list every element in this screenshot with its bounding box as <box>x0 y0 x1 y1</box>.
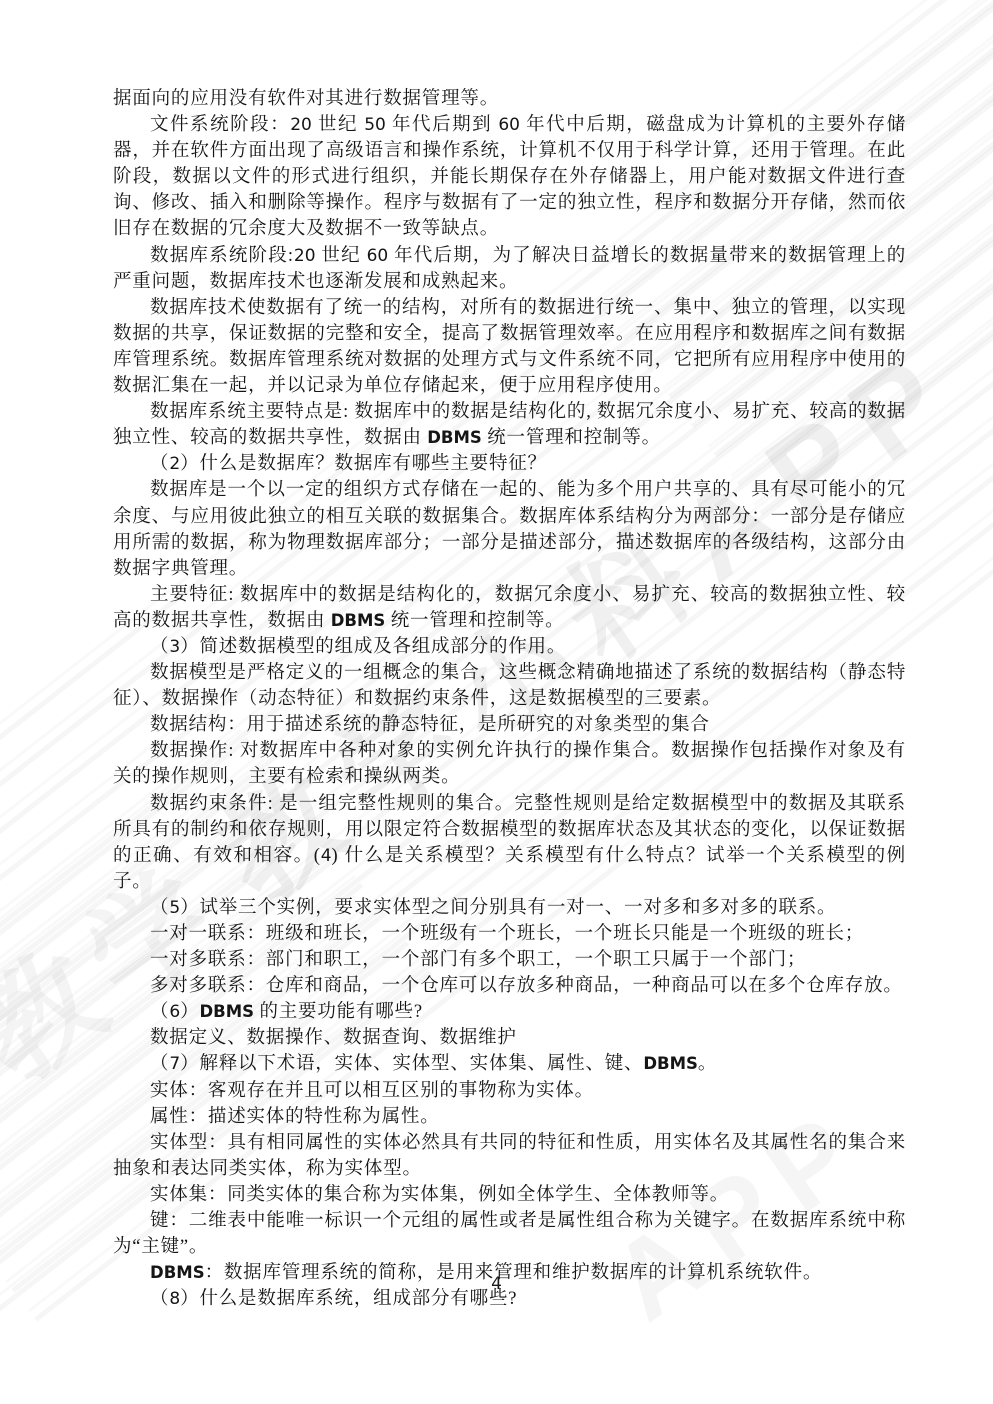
paragraph: 数据模型是严格定义的一组概念的集合，这些概念精确地描述了系统的数据结构（静态特征… <box>113 660 906 712</box>
paragraph: 数据约束条件: 是一组完整性规则的集合。完整性规则是给定数据模型中的数据及其联系… <box>113 791 906 895</box>
paragraph: 一对一联系：班级和班长，一个班级有一个班长，一个班长只能是一个班级的班长； <box>113 921 906 947</box>
paragraph: （5）试举三个实例，要求实体型之间分别具有一对一、一对多和多对多的联系。 <box>113 895 906 921</box>
paragraph: 数据定义、数据操作、数据查询、数据维护 <box>113 1025 906 1051</box>
paragraph: 键：二维表中能唯一标识一个元组的属性或者是属性组合称为关键字。在数据库系统中称为… <box>113 1208 906 1260</box>
paragraph: 一对多联系：部门和职工，一个部门有多个职工，一个职工只属于一个部门； <box>113 947 906 973</box>
paragraph: 实体集：同类实体的集合称为实体集，例如全体学生、全体教师等。 <box>113 1182 906 1208</box>
paragraph: （3）简述数据模型的组成及各组成部分的作用。 <box>113 634 906 660</box>
paragraph: 多对多联系：仓库和商品，一个仓库可以存放多种商品，一种商品可以在多个仓库存放。 <box>113 973 906 999</box>
paragraph: 实体：客观存在并且可以相互区别的事物称为实体。 <box>113 1078 906 1104</box>
paragraph: 数据操作: 对数据库中各种对象的实例允许执行的操作集合。数据操作包括操作对象及有… <box>113 738 906 790</box>
paragraph: （7）解释以下术语，实体、实体型、实体集、属性、键、DBMS。 <box>113 1051 906 1077</box>
paragraph: 据面向的应用没有软件对其进行数据管理等。 <box>113 86 906 112</box>
paragraph: （6）DBMS 的主要功能有哪些? <box>113 999 906 1025</box>
page-body: 据面向的应用没有软件对其进行数据管理等。文件系统阶段：20 世纪 50 年代后期… <box>113 86 906 1312</box>
paragraph: 实体型：具有相同属性的实体必然具有共同的特征和性质，用实体名及其属性名的集合来抽… <box>113 1130 906 1182</box>
paragraph: 主要特征: 数据库中的数据是结构化的，数据冗余度小、易扩充、较高的数据独立性、较… <box>113 582 906 634</box>
document-page: 教学小料APP 教学 APP 据面向的应用没有软件对其进行数据管理等。文件系统阶… <box>0 0 993 1404</box>
paragraph: 文件系统阶段：20 世纪 50 年代后期到 60 年代中后期，磁盘成为计算机的主… <box>113 112 906 242</box>
paragraph: 数据库是一个以一定的组织方式存储在一起的、能为多个用户共享的、具有尽可能小的冗余… <box>113 477 906 581</box>
paragraph: 数据库系统主要特点是: 数据库中的数据是结构化的, 数据冗余度小、易扩充、较高的… <box>113 399 906 451</box>
paragraph: 数据库技术使数据有了统一的结构，对所有的数据进行统一、集中、独立的管理，以实现数… <box>113 295 906 399</box>
paragraph: 数据库系统阶段:20 世纪 60 年代后期，为了解决日益增长的数据量带来的数据管… <box>113 243 906 295</box>
paragraph: 数据结构：用于描述系统的静态特征，是所研究的对象类型的集合 <box>113 712 906 738</box>
page-number: 4 <box>0 1274 993 1294</box>
paragraph: 属性：描述实体的特性称为属性。 <box>113 1104 906 1130</box>
paragraph: （2）什么是数据库？数据库有哪些主要特征？ <box>113 451 906 477</box>
